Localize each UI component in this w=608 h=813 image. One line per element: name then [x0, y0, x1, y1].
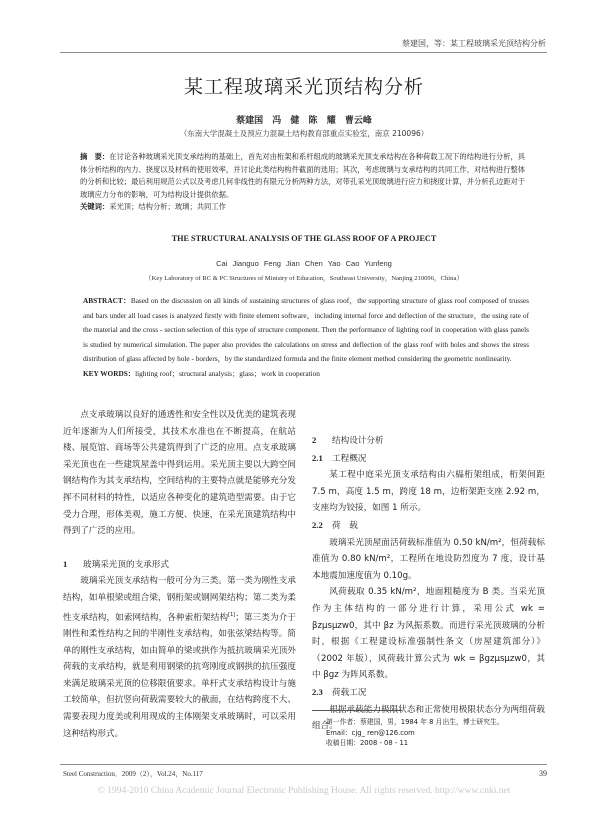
page-number: 39	[520, 769, 547, 778]
abstract-cn-label: 摘 要：	[80, 152, 109, 161]
section-gap	[63, 540, 296, 556]
section-2-3-number: 2.3	[312, 684, 332, 701]
footnote-author: 第一作者：蔡建国，男，1984 年 8 月出生，博士研究生。	[326, 717, 546, 728]
section-2-3-heading: 2.3荷载工况	[312, 684, 545, 702]
abstract-en-text: Based on the discussion on all kinds of …	[83, 296, 529, 363]
affiliation-en: （Key Laboratory of RC & PC Structures of…	[0, 272, 608, 282]
section-2-2-heading: 2.2荷 载	[312, 517, 545, 535]
footnote: 第一作者：蔡建国，男，1984 年 8 月出生，博士研究生。 Email：cjg…	[326, 717, 546, 749]
keywords-en-text: lighting roof；structural analysis；glass；…	[135, 369, 320, 378]
section-2-2-number: 2.2	[312, 517, 332, 534]
journal-citation: Steel Construction．2009（2），Vol.24，No.117	[63, 769, 203, 779]
section-2-2-title: 荷 载	[332, 521, 358, 531]
footnote-rule	[312, 710, 402, 711]
section-2-number: 2	[312, 432, 332, 449]
authors-cn: 蔡建国 冯 健 陈 耀 曹云峰	[0, 113, 608, 126]
section-1-paragraph: 玻璃采光顶支承结构一般可分为三类。第一类为刚性支承结构，如单根梁或组合梁，钢桁架…	[63, 573, 296, 742]
footnote-email[interactable]: Email：cjg_ ren@126.com	[326, 728, 546, 739]
section-1-text-b: ；第三类为介于刚性和柔性结构之间的半刚性支承结构，如张弦梁结构等。简单的刚性支承…	[63, 612, 296, 738]
keywords-cn-text: 采光顶；结构分析；玻璃；共同工作	[109, 202, 226, 211]
section-2-heading: 2结构设计分析	[312, 432, 545, 450]
abstract-cn-text: 在讨论各种玻璃采光顶支承结构的基础上，首先对由桁架和系杆组成的玻璃采光顶支承结构…	[80, 152, 525, 199]
paper-title-en: THE STRUCTURAL ANALYSIS OF THE GLASS ROO…	[0, 234, 608, 243]
authors-en: Cai Jianguo Feng Jian Chen Yao Cao Yunfe…	[0, 259, 608, 268]
section-2-2-paragraph-2: 风荷载取 0.35 kN/m²，地面粗糙度为 B 类。当采光顶作为主体结构的一部…	[312, 584, 545, 684]
keywords-en-label: KEY WORDS：	[83, 369, 135, 378]
section-2-title: 结构设计分析	[332, 436, 384, 446]
section-1-number: 1	[63, 556, 83, 573]
keywords-en: KEY WORDS：lighting roof；structural analy…	[83, 367, 529, 382]
section-2-1-paragraph: 某工程中庭采光顶支承结构由六榀桁架组成，桁架间距 7.5 m，高度 1.5 m，…	[312, 467, 545, 517]
paper-title-cn: 某工程玻璃采光顶结构分析	[0, 72, 608, 99]
section-2-3-title: 荷载工况	[332, 688, 366, 698]
section-1-title: 玻璃采光顶的支承形式	[83, 560, 169, 570]
copyright-notice: © 1994-2010 China Academic Journal Elect…	[0, 786, 608, 796]
keywords-cn-label: 关键词：	[80, 202, 109, 211]
abstract-cn: 摘 要：在讨论各种玻璃采光顶支承结构的基础上，首先对由桁架和系杆组成的玻璃采光顶…	[80, 151, 532, 214]
abstract-en: ABSTRACT：Based on the discussion on all …	[83, 294, 529, 382]
keywords-cn: 关键词：采光顶；结构分析；玻璃；共同工作	[80, 201, 532, 214]
body-column-left: 点支承玻璃以良好的通透性和安全性以及优美的建筑表现近年逐渐为人们所接受，其技术水…	[63, 407, 296, 742]
section-2-1-title: 工程概况	[332, 454, 366, 464]
section-2-1-number: 2.1	[312, 450, 332, 467]
footer-rule	[60, 764, 547, 765]
intro-paragraph: 点支承玻璃以良好的通透性和安全性以及优美的建筑表现近年逐渐为人们所接受，其技术水…	[63, 407, 296, 540]
body-column-right: 2结构设计分析 2.1工程概况 某工程中庭采光顶支承结构由六榀桁架组成，桁架间距…	[312, 432, 545, 735]
header-rule	[60, 52, 547, 53]
section-2-1-heading: 2.1工程概况	[312, 450, 545, 468]
running-head: 蔡建国，等：某工程玻璃采光顶结构分析	[0, 38, 546, 49]
abstract-en-body: ABSTRACT：Based on the discussion on all …	[83, 294, 529, 367]
abstract-cn-body: 摘 要：在讨论各种玻璃采光顶支承结构的基础上，首先对由桁架和系杆组成的玻璃采光顶…	[80, 151, 532, 201]
footnote-received: 收稿日期：2008 - 08 - 11	[326, 738, 546, 749]
section-1-heading: 1玻璃采光顶的支承形式	[63, 556, 296, 574]
affiliation-cn: （东南大学混凝土及预应力混凝土结构教育部重点实验室，南京 210096）	[0, 128, 608, 139]
abstract-en-label: ABSTRACT：	[83, 296, 131, 305]
section-2-2-paragraph-1: 玻璃采光顶屋面活荷载标准值为 0.50 kN/m²，恒荷载标准值为 0.80 k…	[312, 535, 545, 585]
